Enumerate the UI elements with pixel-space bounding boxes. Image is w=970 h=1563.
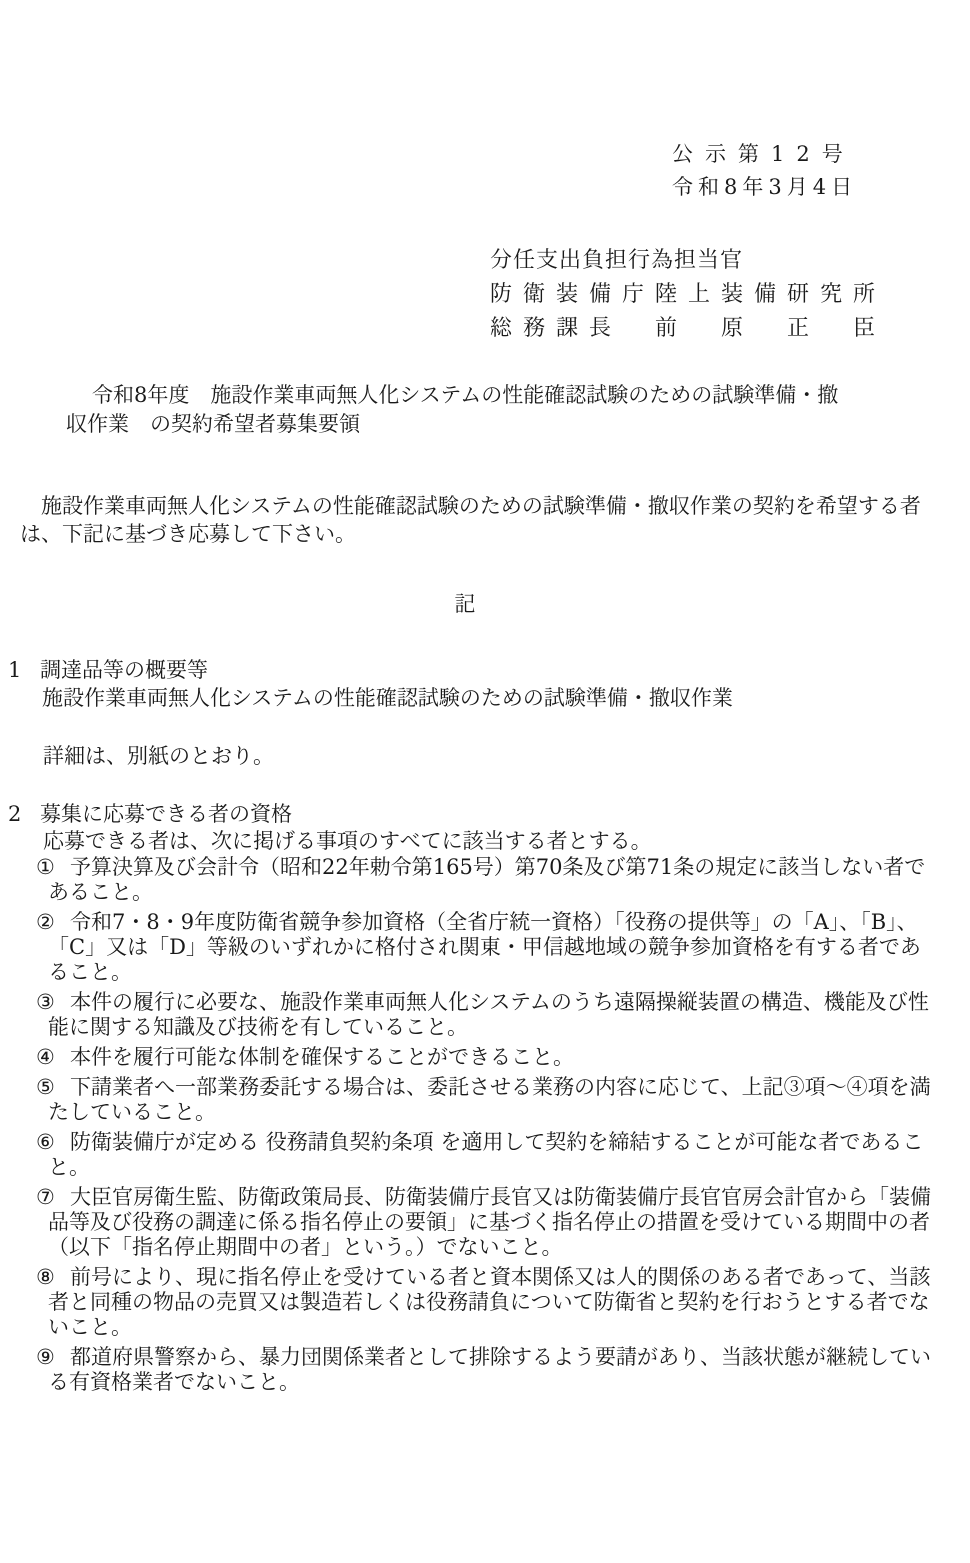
item-text: 都道府県警察から、暴力団関係業者として排除するよう要請があり、当該状態が継続して… (48, 1345, 938, 1395)
item-text: 令和7・8・9年度防衛省競争参加資格（全省庁統一資格）「役務の提供等」の「A」、… (48, 910, 938, 985)
section-number: 1 (8, 656, 21, 684)
section-intro: 応募できる者は、次に掲げる事項のすべてに該当する者とする。 (43, 828, 970, 855)
list-item: 都道府県警察から、暴力団関係業者として排除するよう要請があり、当該状態が継続して… (48, 1345, 938, 1395)
section-procurement-overview: 1 調達品等の概要等 施設作業車両無人化システムの性能確認試験のための試験準備・… (0, 656, 970, 770)
item-text: 本件の履行に必要な、施設作業車両無人化システムのうち遠隔操縦装置の構造、機能及び… (48, 990, 938, 1040)
item-marker: ⑤ (36, 1075, 55, 1100)
list-item: 本件を履行可能な体制を確保することができること。 ④ (48, 1045, 938, 1070)
sender-organization: 防衛装備庁陸上装備研究所 (490, 278, 970, 312)
eligibility-item-list: 予算決算及び会計令（昭和22年勅令第165号）第70条及び第71条の規定に該当し… (40, 855, 970, 1395)
item-text: 下請業者へ一部業務委託する場合は、委託させる業務の内容に応じて、上記③項～④項を… (48, 1075, 938, 1125)
item-marker: ⑦ (36, 1185, 55, 1210)
section-number: 2 (8, 801, 21, 828)
item-text: 大臣官房衛生監、防衛政策局長、防衛装備庁長官又は防衛装備庁長官官房会計官から「装… (48, 1185, 938, 1260)
ki-marker: 記 (20, 590, 910, 618)
item-marker: ⑥ (36, 1130, 55, 1155)
list-item: 令和7・8・9年度防衛省競争参加資格（全省庁統一資格）「役務の提供等」の「A」、… (48, 910, 938, 985)
doc-number: 公示第12号 (672, 138, 970, 171)
document-page: 公示第12号 令和8年3月4日 分任支出負担行為担当官 防衛装備庁陸上装備研究所… (0, 0, 970, 1563)
item-marker: ③ (36, 990, 55, 1015)
doc-date: 令和8年3月4日 (672, 171, 970, 204)
sender-name: 総務課長 前 原 正 臣 (490, 312, 970, 346)
item-text: 本件を履行可能な体制を確保することができること。 (48, 1045, 938, 1070)
intro-paragraph: 施設作業車両無人化システムの性能確認試験のための試験準備・撤収作業の契約を希望す… (20, 492, 923, 548)
section-heading: 調達品等の概要等 (40, 656, 970, 684)
document-title: 令和8年度 施設作業車両無人化システムの性能確認試験のための試験準備・撤収作業 … (66, 381, 846, 439)
item-text: 予算決算及び会計令（昭和22年勅令第165号）第70条及び第71条の規定に該当し… (48, 855, 938, 905)
item-marker: ① (36, 855, 55, 880)
item-text: 前号により、現に指名停止を受けている者と資本関係又は人的関係のある者であって、当… (48, 1265, 938, 1340)
item-marker: ② (36, 910, 55, 935)
list-item: 大臣官房衛生監、防衛政策局長、防衛装備庁長官又は防衛装備庁長官官房会計官から「装… (48, 1185, 938, 1260)
section-note: 詳細は、別紙のとおり。 (43, 742, 970, 770)
sender-block: 分任支出負担行為担当官 防衛装備庁陸上装備研究所 総務課長 前 原 正 臣 (490, 244, 970, 346)
item-marker: ⑧ (36, 1265, 55, 1290)
item-text: 防衛装備庁が定める 役務請負契約条項 を適用して契約を締結することが可能な者であ… (48, 1130, 938, 1180)
item-marker: ⑨ (36, 1345, 55, 1370)
sender-role: 分任支出負担行為担当官 (490, 244, 970, 278)
section-heading: 募集に応募できる者の資格 (40, 801, 970, 828)
list-item: 予算決算及び会計令（昭和22年勅令第165号）第70条及び第71条の規定に該当し… (48, 855, 938, 905)
list-item: 前号により、現に指名停止を受けている者と資本関係又は人的関係のある者であって、当… (48, 1265, 938, 1340)
list-item: 防衛装備庁が定める 役務請負契約条項 を適用して契約を締結することが可能な者であ… (48, 1130, 938, 1180)
doc-meta: 公示第12号 令和8年3月4日 (672, 138, 970, 204)
list-item: 本件の履行に必要な、施設作業車両無人化システムのうち遠隔操縦装置の構造、機能及び… (48, 990, 938, 1040)
section-eligibility: 2 募集に応募できる者の資格 応募できる者は、次に掲げる事項のすべてに該当する者… (0, 801, 970, 1395)
section-body: 施設作業車両無人化システムの性能確認試験のための試験準備・撤収作業 (42, 684, 970, 712)
item-marker: ④ (36, 1045, 55, 1070)
list-item: 下請業者へ一部業務委託する場合は、委託させる業務の内容に応じて、上記③項～④項を… (48, 1075, 938, 1125)
